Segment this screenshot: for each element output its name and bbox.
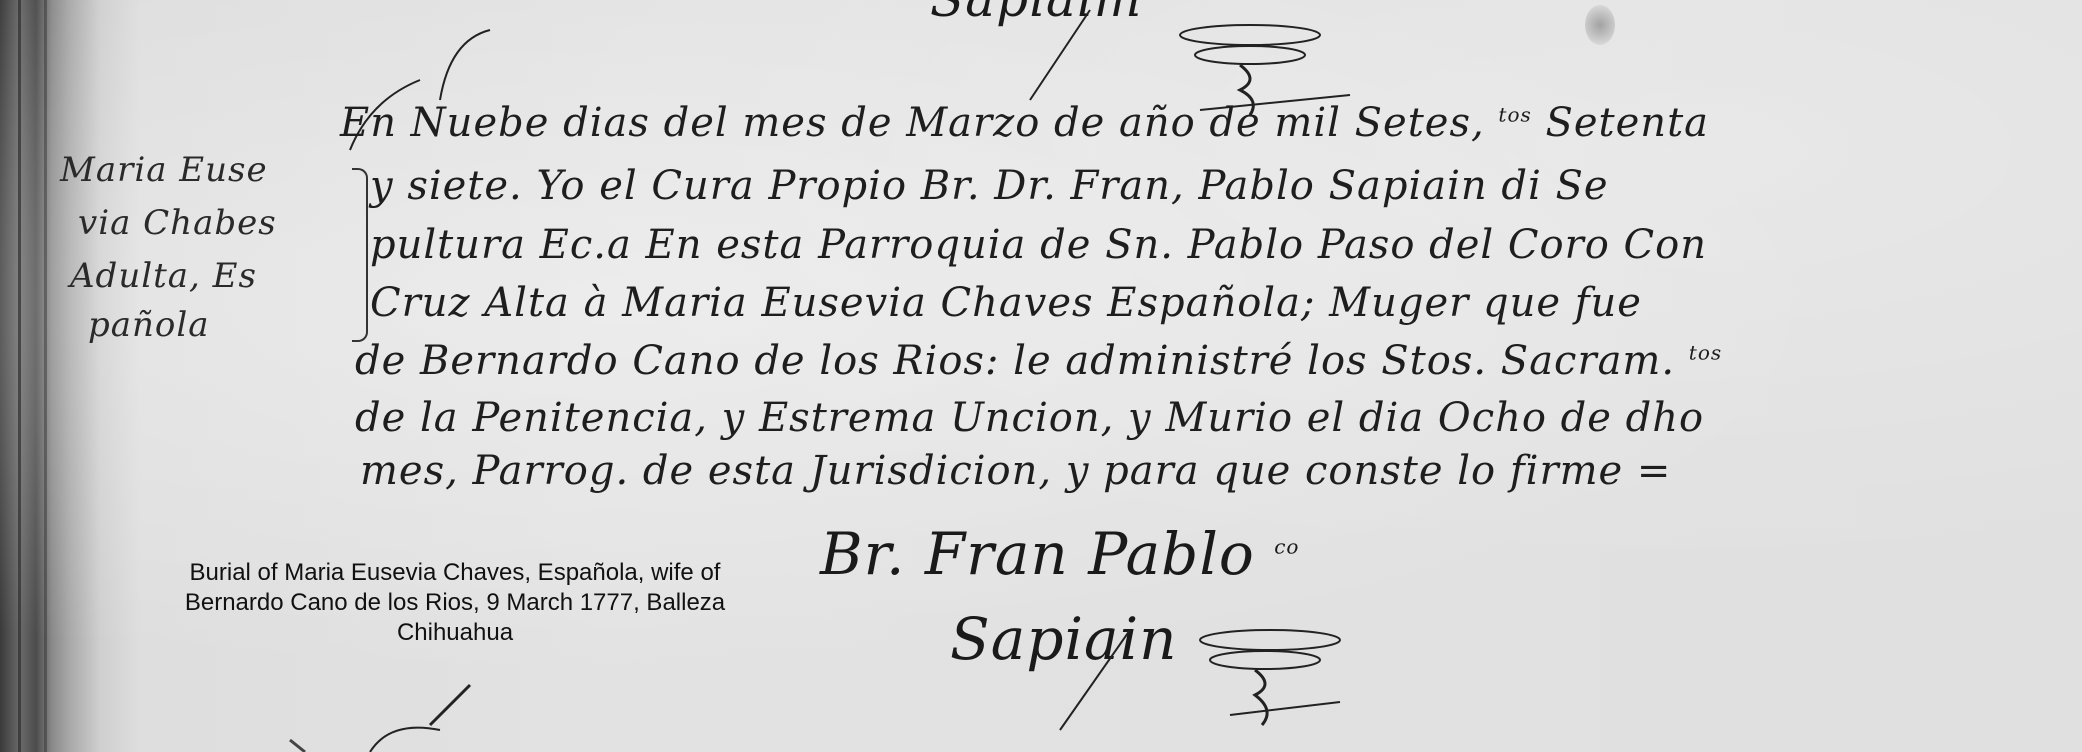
- signature-superscript: co: [1274, 535, 1299, 559]
- caption-line: Bernardo Cano de los Rios, 9 March 1777,…: [140, 588, 770, 618]
- margin-note-line: pañola: [88, 305, 210, 345]
- record-line-4: Cruz Alta à Maria Eusevia Chaves Español…: [370, 280, 1642, 326]
- margin-note-line: Maria Euse: [60, 150, 268, 190]
- binding-edge: [44, 0, 47, 752]
- signature-rubric: [1000, 620, 1360, 752]
- margin-note-line: Adulta, Es: [70, 256, 257, 296]
- margin-note-line: via Chabes: [78, 203, 277, 243]
- record-line-1: En Nuebe dias del mes de Marzo de año de…: [340, 100, 1709, 146]
- superscript: tos: [1498, 103, 1531, 127]
- signature-text: Br. Fran Pablo: [820, 520, 1255, 588]
- record-line-5: de Bernardo Cano de los Rios: le adminis…: [355, 338, 1722, 384]
- record-line-6: de la Penitencia, y Estrema Uncion, y Mu…: [355, 395, 1704, 441]
- record-line-text: En Nuebe dias del mes de Marzo de año de…: [340, 100, 1485, 146]
- record-word: Setenta: [1545, 100, 1709, 146]
- margin-bracket: [352, 168, 368, 342]
- record-line-text: de Bernardo Cano de los Rios: le adminis…: [355, 338, 1675, 384]
- priest-signature-name: Br. Fran Pablo co: [820, 520, 1299, 588]
- caption: Burial of Maria Eusevia Chaves, Española…: [140, 558, 770, 648]
- ink-smudge: [1585, 5, 1615, 45]
- record-line-7: mes, Parrog. de esta Jurisdicion, y para…: [360, 448, 1671, 494]
- binding-edge: [18, 0, 21, 752]
- record-line-2: y siete. Yo el Cura Propio Br. Dr. Fran,…: [370, 163, 1609, 209]
- caption-line: Chihuahua: [140, 618, 770, 648]
- superscript: tos: [1689, 341, 1722, 365]
- manuscript-page: Sapiaim Maria Euse via Chabes Adulta, Es…: [0, 0, 2082, 752]
- caption-line: Burial of Maria Eusevia Chaves, Española…: [140, 558, 770, 588]
- record-line-3: pultura Ec.a En esta Parroquia de Sn. Pa…: [370, 222, 1707, 268]
- next-entry-initial: [270, 680, 530, 752]
